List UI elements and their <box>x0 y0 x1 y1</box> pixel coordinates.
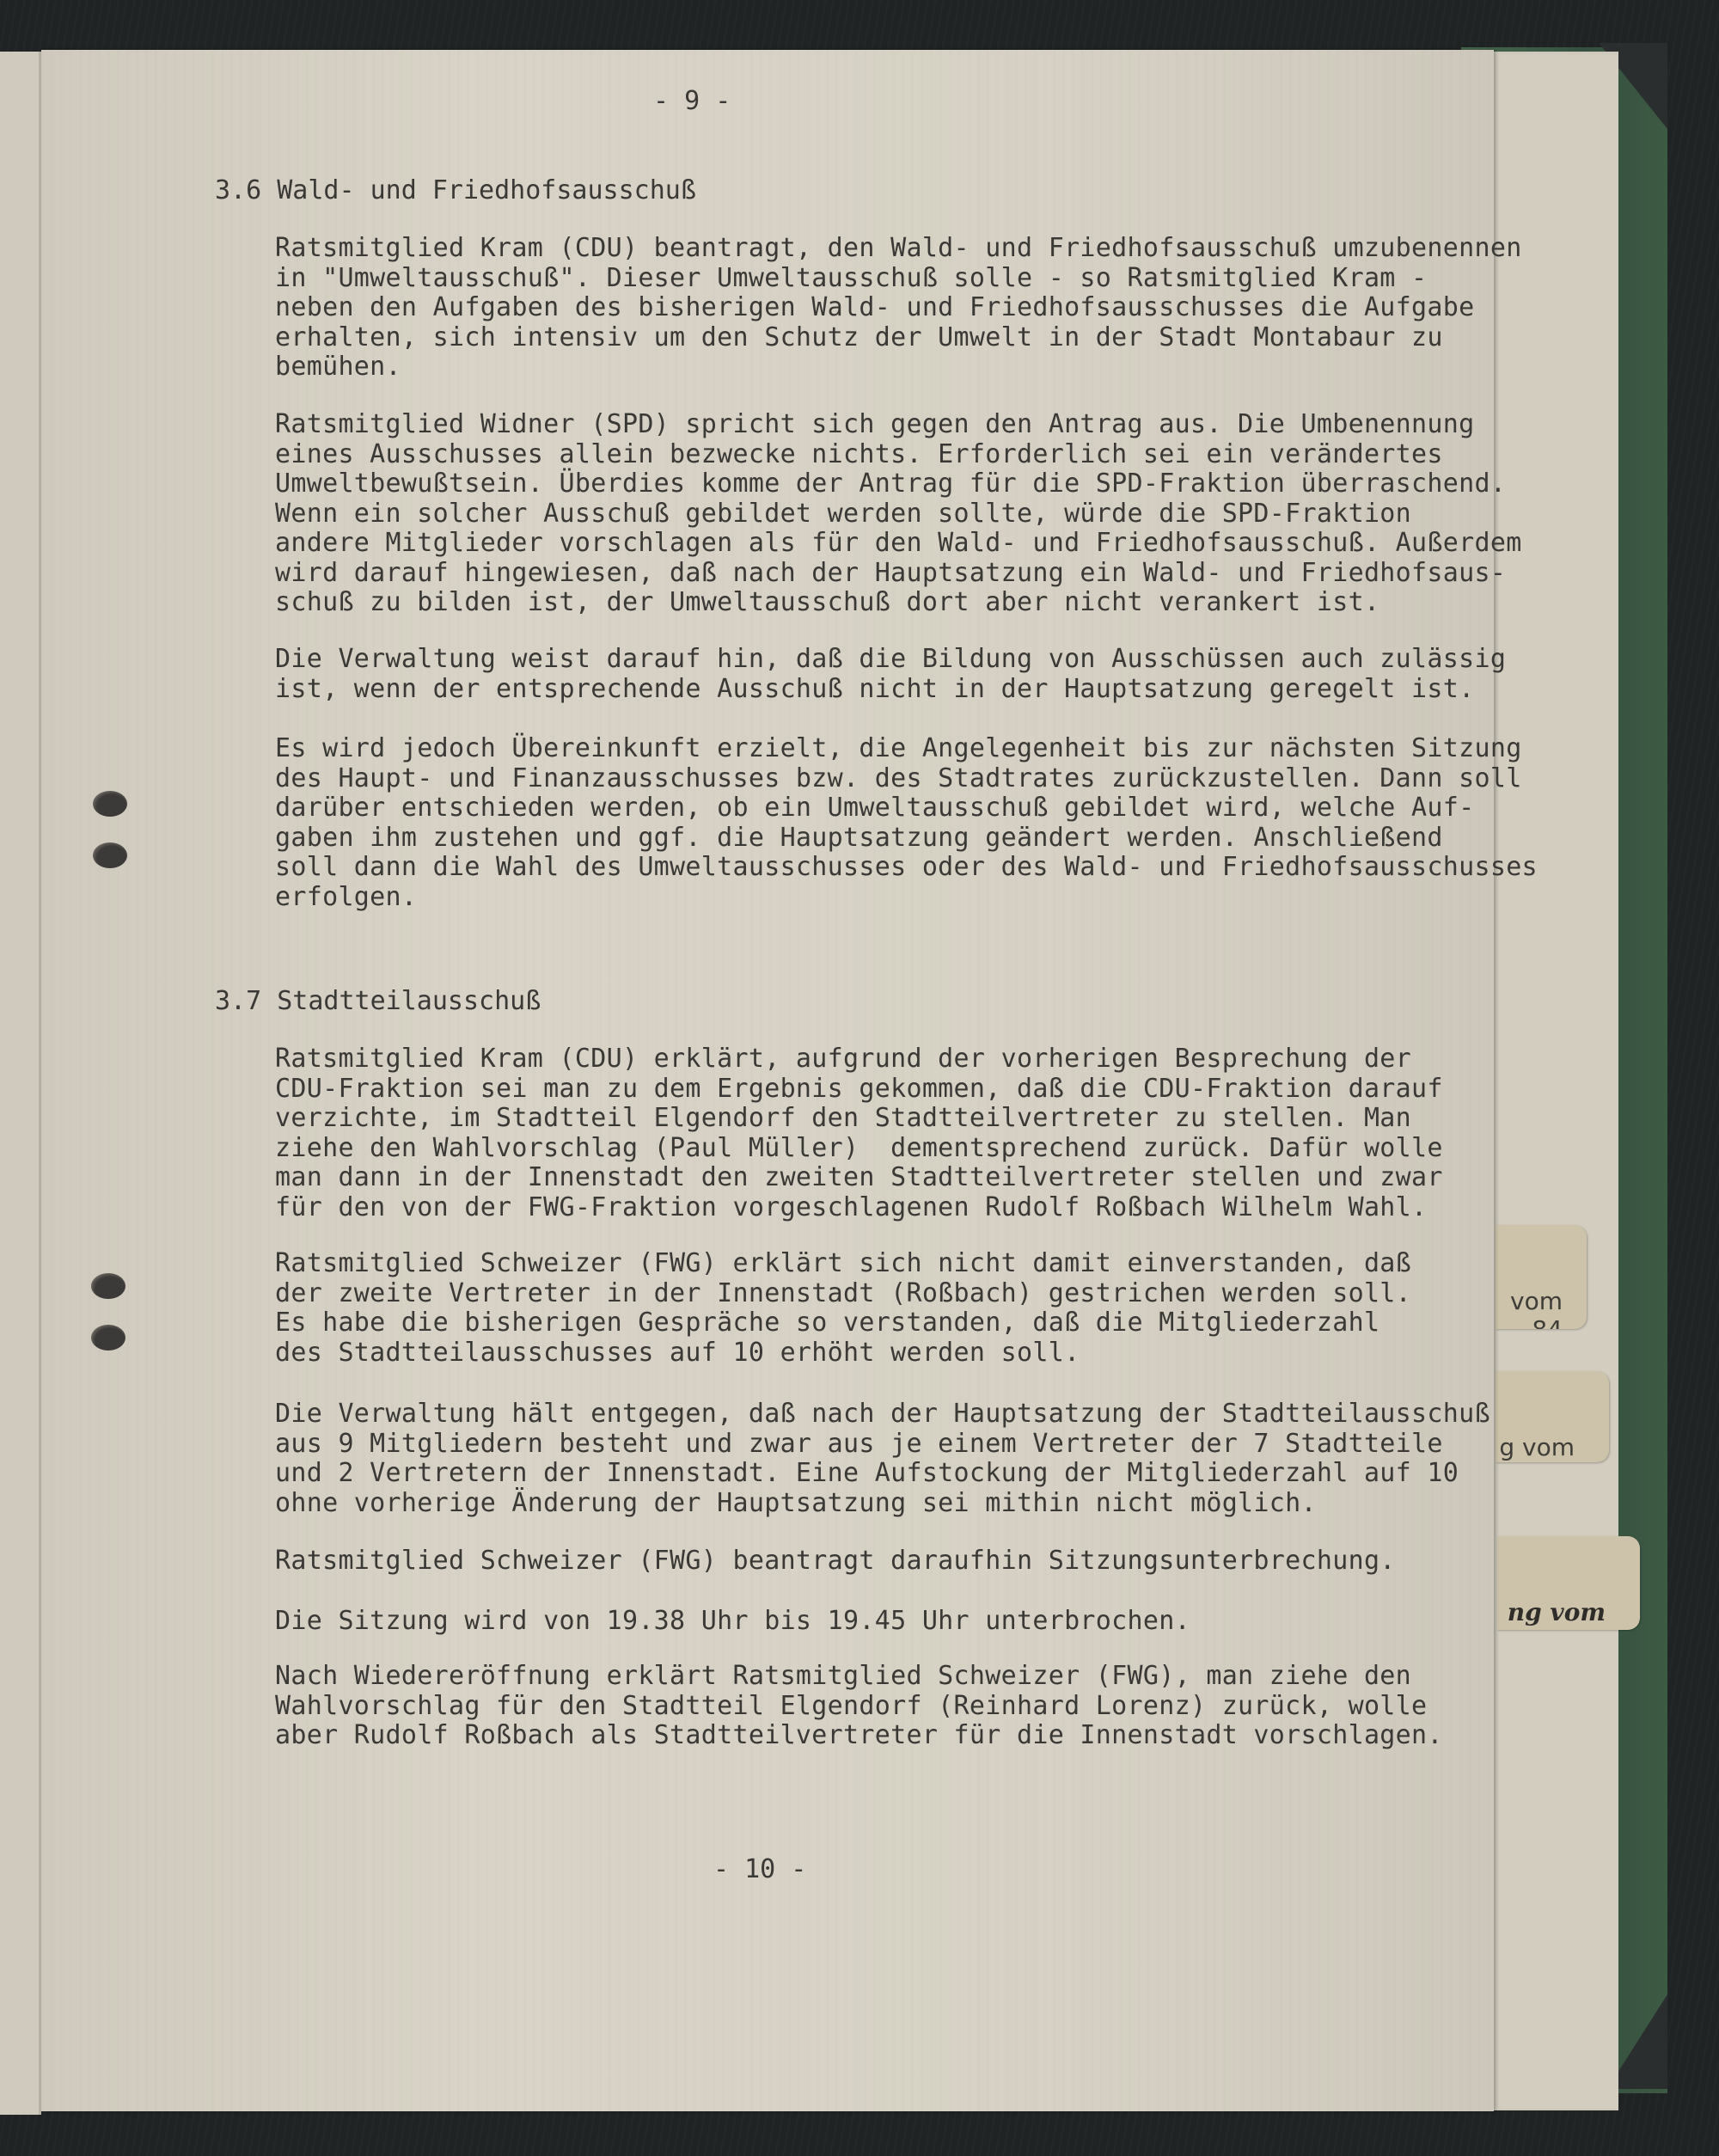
index-tab-1-label: vom 84 IX <box>1496 1287 1587 1329</box>
punch-hole <box>93 791 127 817</box>
page-number-bottom: - 10 - <box>713 1854 806 1884</box>
paragraph: Es wird jedoch Übereinkunft erzielt, die… <box>275 734 1538 912</box>
index-tab-3-label: ng vom .1984 P. IX <box>1497 1598 1640 1630</box>
paragraph: Ratsmitglied Widner (SPD) spricht sich g… <box>275 410 1522 618</box>
paragraph: Nach Wiedereröffnung erklärt Ratsmitglie… <box>275 1662 1443 1751</box>
page-number-top: - 9 - <box>653 86 731 116</box>
paragraph: Ratsmitglied Schweizer (FWG) erklärt sic… <box>275 1249 1411 1368</box>
index-tab-2-label: g vom 1984 . IX <box>1496 1433 1609 1462</box>
index-tab-2[interactable]: g vom 1984 . IX <box>1496 1371 1609 1462</box>
punch-hole <box>93 842 127 868</box>
index-tab-3[interactable]: ng vom .1984 P. IX <box>1497 1536 1640 1630</box>
punch-hole <box>91 1325 125 1351</box>
paragraph: Ratsmitglied Kram (CDU) beantragt, den W… <box>275 234 1522 383</box>
paragraph: Die Verwaltung hält entgegen, daß nach d… <box>275 1400 1490 1518</box>
index-tab-1[interactable]: vom 84 IX <box>1496 1225 1587 1329</box>
previous-page-edge <box>0 52 41 2115</box>
paragraph: Ratsmitglied Kram (CDU) erklärt, aufgrun… <box>275 1044 1443 1222</box>
section-heading-3-7: 3.7 Stadtteilausschuß <box>215 986 541 1016</box>
paragraph: Die Sitzung wird von 19.38 Uhr bis 19.45… <box>275 1607 1190 1637</box>
punch-hole <box>91 1273 125 1299</box>
section-heading-3-6: 3.6 Wald- und Friedhofsausschuß <box>215 175 696 205</box>
paragraph: Ratsmitglied Schweizer (FWG) beantragt d… <box>275 1547 1396 1577</box>
paragraph: Die Verwaltung weist darauf hin, daß die… <box>275 645 1506 704</box>
